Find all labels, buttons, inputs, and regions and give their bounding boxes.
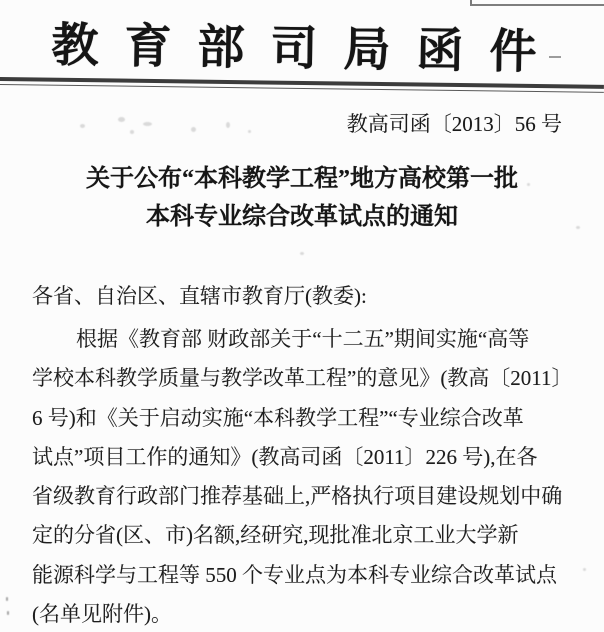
letterhead-title: 教育部司局函件 — [51, 8, 563, 82]
scan-corner-artifact — [470, 0, 604, 6]
body-line: 定的分省(区、市)名额,经研究,现批准北京工业大学新 — [32, 516, 597, 555]
body-line: 省级教育行政部门推荐基础上,严格执行项目建设规划中确 — [32, 477, 597, 516]
scan-speck — [130, 130, 134, 134]
body-line: 根据《教育部 财政部关于“十二五”期间实施“高等 — [32, 320, 597, 359]
scan-speck — [549, 56, 561, 58]
document-title-line1: 关于公布“本科教学工程”地方高校第一批 — [0, 160, 604, 198]
body-paragraph: 根据《教育部 财政部关于“十二五”期间实施“高等 学校本科教学质量与教学改革工程… — [32, 320, 597, 632]
scan-speck — [300, 252, 304, 255]
scan-speck — [118, 117, 125, 122]
body-line: 学校本科教学质量与教学改革工程”的意见》(教高〔2011〕 — [32, 359, 597, 398]
scan-speck — [80, 124, 85, 128]
document-number: 教高司函〔2013〕56 号 — [347, 108, 562, 138]
scanned-official-letter: 教育部司局函件 教高司函〔2013〕56 号 关于公布“本科教学工程”地方高校第… — [0, 0, 604, 632]
body-line: (名单见附件)。 — [32, 595, 597, 632]
scan-speck — [527, 183, 530, 186]
scan-speck — [143, 122, 152, 126]
body-line: 6 号)和《关于启动实施“本科教学工程”“专业综合改革 — [32, 399, 597, 438]
scan-speck — [576, 226, 580, 229]
scan-speck — [191, 127, 196, 132]
document-title-line2: 本科专业综合改革试点的通知 — [0, 198, 604, 236]
scan-speck — [6, 597, 8, 601]
scan-speck — [226, 122, 230, 128]
document-title: 关于公布“本科教学工程”地方高校第一批 本科专业综合改革试点的通知 — [0, 160, 604, 236]
body-line: 试点”项目工作的通知》(教高司函〔2011〕226 号),在各 — [32, 438, 597, 477]
salutation: 各省、自治区、直辖市教育厅(教委): — [32, 282, 367, 310]
scan-speck — [7, 611, 9, 615]
scan-speck — [583, 568, 586, 571]
scan-speck — [248, 130, 251, 133]
body-line: 能源科学与工程等 550 个专业点为本科专业综合改革试点 — [32, 556, 597, 595]
